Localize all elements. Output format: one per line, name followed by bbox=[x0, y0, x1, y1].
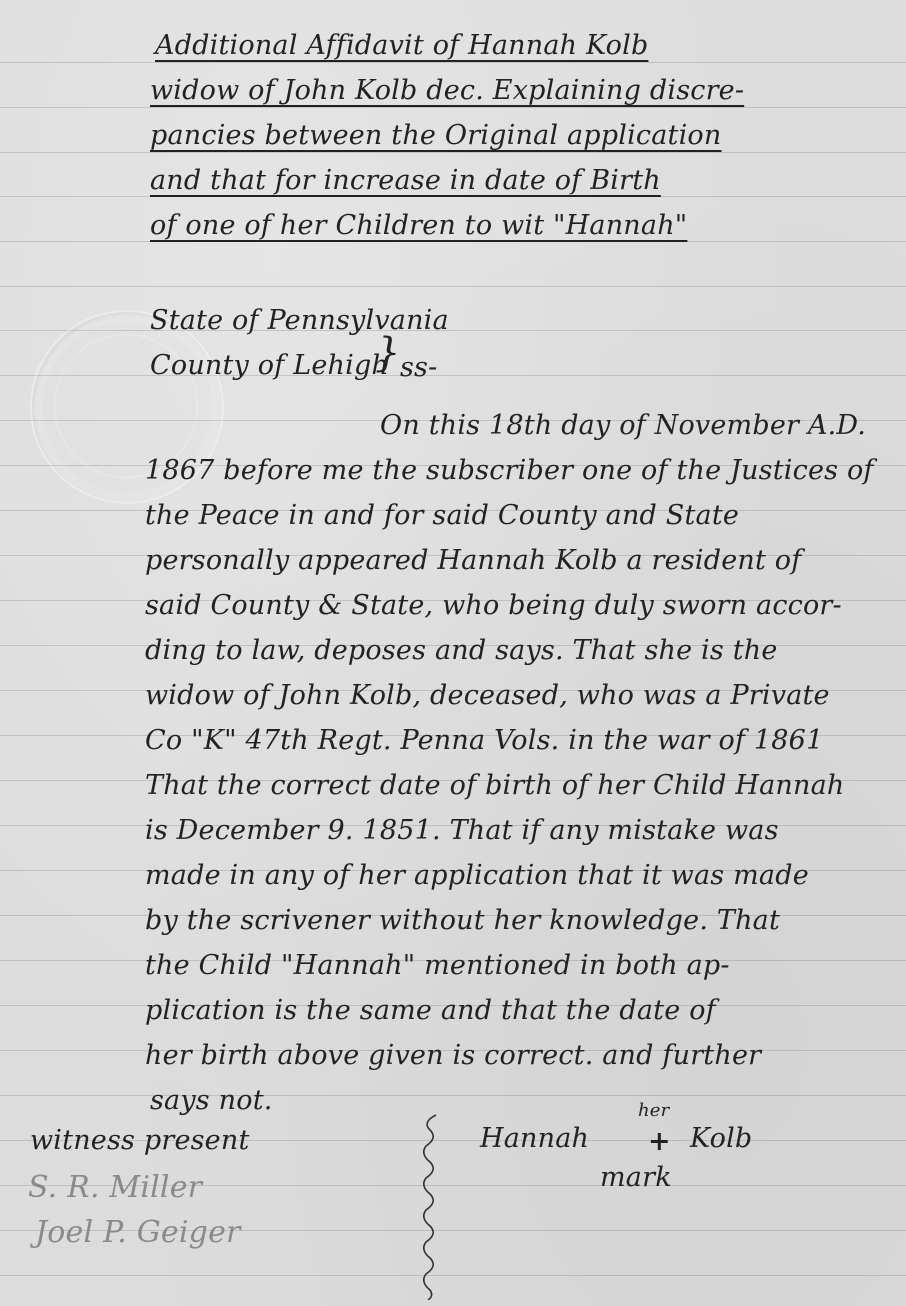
title-line-3: pancies between the Original application bbox=[150, 120, 721, 151]
title-line-1: Additional Affidavit of Hannah Kolb bbox=[155, 30, 648, 61]
body-line-7: widow of John Kolb, deceased, who was a … bbox=[145, 680, 830, 711]
title-line-5: of one of her Children to wit "Hannah" bbox=[150, 210, 687, 241]
ruled-line bbox=[0, 286, 906, 287]
affidavit-page: Additional Affidavit of Hannah Kolb wido… bbox=[0, 0, 906, 1306]
venue-state: State of Pennsylvania bbox=[150, 305, 449, 336]
ruled-line bbox=[0, 1095, 906, 1096]
body-line-14: plication is the same and that the date … bbox=[145, 995, 716, 1026]
ruled-line bbox=[0, 241, 906, 242]
signature-last-name: Kolb bbox=[690, 1123, 752, 1154]
body-line-9: That the correct date of birth of her Ch… bbox=[145, 770, 845, 801]
signature-mark-symbol: + bbox=[648, 1126, 671, 1157]
signature-mark-below: mark bbox=[600, 1162, 672, 1193]
body-line-10: is December 9. 1851. That if any mistake… bbox=[145, 815, 779, 846]
body-line-8: Co "K" 47th Regt. Penna Vols. in the war… bbox=[145, 725, 823, 756]
ruled-line bbox=[0, 152, 906, 153]
body-line-5: said County & State, who being duly swor… bbox=[145, 590, 842, 621]
venue-brace: } bbox=[375, 330, 400, 376]
body-line-2: 1867 before me the subscriber one of the… bbox=[145, 455, 874, 486]
title-line-2: widow of John Kolb dec. Explaining discr… bbox=[150, 75, 744, 106]
body-line-16: says not. bbox=[150, 1085, 273, 1116]
body-line-4: personally appeared Hannah Kolb a reside… bbox=[145, 545, 801, 576]
body-line-3: the Peace in and for said County and Sta… bbox=[145, 500, 739, 531]
body-line-13: the Child "Hannah" mentioned in both ap- bbox=[145, 950, 730, 981]
witness-name-1: S. R. Miller bbox=[28, 1170, 202, 1205]
body-line-1: On this 18th day of November A.D. bbox=[380, 410, 866, 441]
signature-mark-above: her bbox=[638, 1100, 669, 1121]
venue-county: County of Lehigh bbox=[150, 350, 389, 381]
ruled-line bbox=[0, 1275, 906, 1276]
body-line-11: made in any of her application that it w… bbox=[145, 860, 809, 891]
wavy-seal-brace bbox=[418, 1110, 442, 1300]
witness-name-2: Joel P. Geiger bbox=[35, 1215, 241, 1250]
ruled-line bbox=[0, 196, 906, 197]
witness-label: witness present bbox=[30, 1125, 250, 1156]
ruled-line bbox=[0, 107, 906, 108]
body-line-12: by the scrivener without her knowledge. … bbox=[145, 905, 780, 936]
ruled-line bbox=[0, 62, 906, 63]
body-line-6: ding to law, deposes and says. That she … bbox=[145, 635, 778, 666]
signature-first-name: Hannah bbox=[480, 1123, 589, 1154]
title-line-4: and that for increase in date of Birth bbox=[150, 165, 661, 196]
body-line-15: her birth above given is correct. and fu… bbox=[145, 1040, 761, 1071]
venue-ss: ss- bbox=[400, 352, 437, 383]
